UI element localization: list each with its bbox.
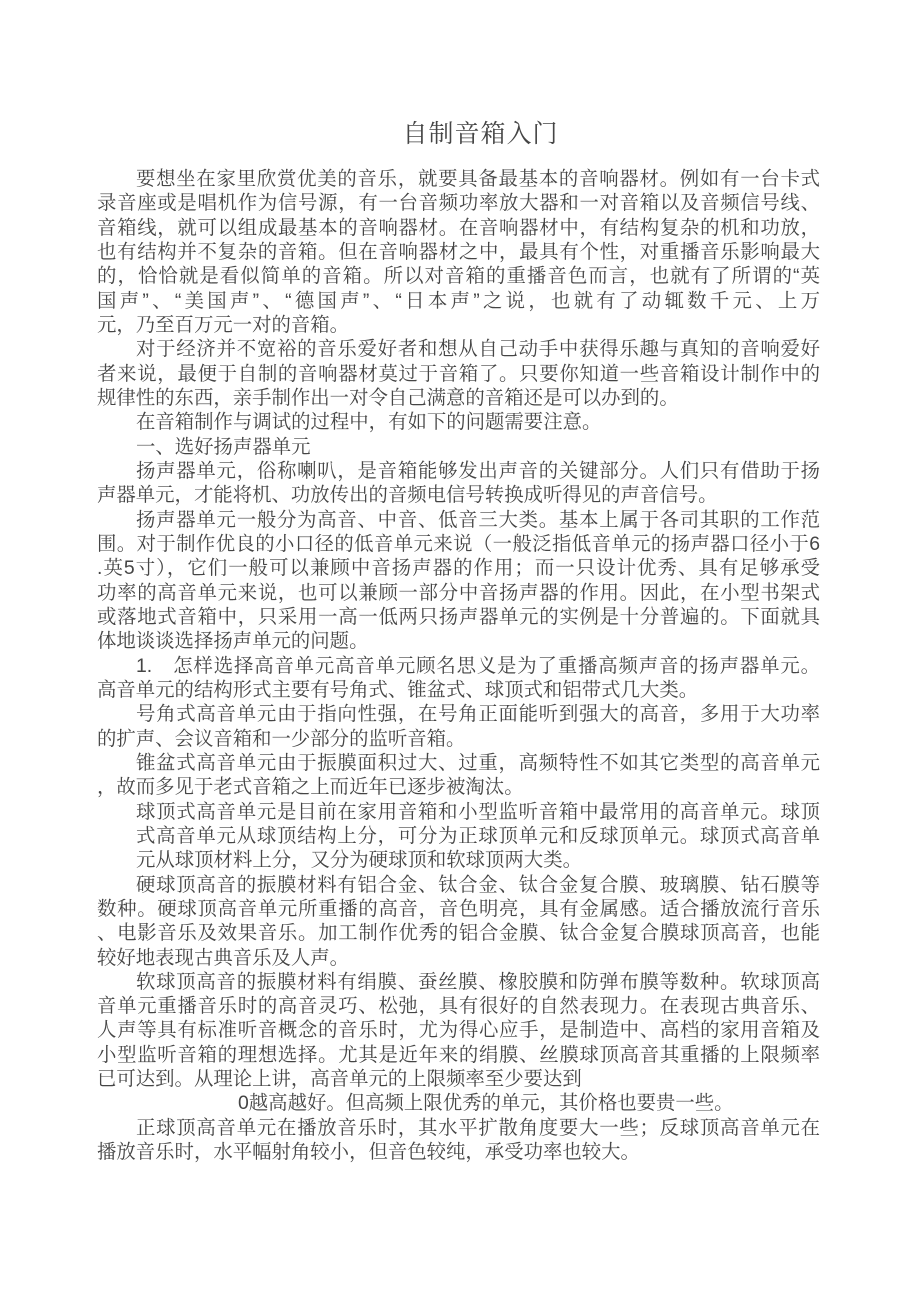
paragraph: 号角式高音单元由于指向性强，在号角正面能听到强大的高音，多用于大功率的扩声、会议…	[97, 702, 820, 751]
paragraph: 0越高越好。但高频上限优秀的单元，其价格也要贵一些。	[97, 1091, 820, 1115]
text-line: 人声等具有标准听音概念的音乐时，尤为得心应手，是制造中、高档的家用音箱及	[97, 1018, 820, 1042]
paragraph: 扬声器单元一般分为高音、中音、低音三大类。基本上属于各司其职的工作范围。对于制作…	[97, 508, 820, 654]
text-line: 录音座或是唱机作为信号源，有一台音频功率放大器和一对音箱以及音频信号线、	[97, 191, 820, 215]
text-line: 体地谈谈选择扬声单元的问题。	[97, 629, 820, 653]
text-line: 的，恰恰就是看似简单的音箱。所以对音箱的重播音色而言，也就有了所谓的“英	[97, 264, 820, 288]
document-body: 要想坐在家里欣赏优美的音乐，就要具备最基本的音响器材。例如有一台卡式录音座或是唱…	[97, 167, 820, 1164]
text-line: 数种。硬球顶高音单元所重播的高音，音色明亮，具有金属感。适合播放流行音乐	[97, 897, 820, 921]
text-line: 在音箱制作与调试的过程中，有如下的问题需要注意。	[97, 410, 820, 434]
text-line: 已可达到。从理论上讲，高音单元的上限频率至少要达到	[97, 1067, 820, 1091]
text-line: 功率的高音单元来说，也可以兼顾一部分中音扬声器的作用。因此，在小型书架式	[97, 581, 820, 605]
paragraph: 锥盆式高音单元由于振膜面积过大、过重，高频特性不如其它类型的高音单元，故而多见于…	[97, 751, 820, 800]
text-line: 扬声器单元，俗称喇叭，是音箱能够发出声音的关键部分。人们只有借助于扬	[97, 459, 820, 483]
text-line: 球顶式高音单元是目前在家用音箱和小型监听音箱中最常用的高音单元。球顶	[97, 800, 820, 824]
text-line: 高音单元的结构形式主要有号角式、锥盆式、球顶式和铝带式几大类。	[97, 678, 820, 702]
paragraph: 软球顶高音的振膜材料有绢膜、蚕丝膜、橡胶膜和防弹布膜等数种。软球顶高音单元重播音…	[97, 970, 820, 1092]
text-line: 播放音乐时，水平幅射角较小，但音色较纯，承受功率也较大。	[97, 1140, 820, 1164]
text-line: 也有结构并不复杂的音箱。但在音响器材之中，最具有个性，对重播音乐影响最大	[97, 240, 820, 264]
text-line: 国声”、“美国声”、“德国声”、“日本声”之说，也就有了动辄数千元、上万	[97, 289, 820, 313]
paragraph: 在音箱制作与调试的过程中，有如下的问题需要注意。	[97, 410, 820, 434]
text-line: 锥盆式高音单元由于振膜面积过大、过重，高频特性不如其它类型的高音单元	[97, 751, 820, 775]
text-line: 正球顶高音单元在播放音乐时，其水平扩散角度要大一些；反球顶高音单元在	[97, 1116, 820, 1140]
text-line: 音箱线，就可以组成最基本的音响器材。在音响器材中，有结构复杂的机和功放，	[97, 216, 820, 240]
text-line: 扬声器单元一般分为高音、中音、低音三大类。基本上属于各司其职的工作范	[97, 508, 820, 532]
text-line: 规律性的东西，亲手制作出一对令自己满意的音箱还是可以办到的。	[97, 386, 820, 410]
text-line: 者来说，最便于自制的音响器材莫过于音箱了。只要你知道一些音箱设计制作中的	[97, 362, 820, 386]
text-line: ，故而多见于老式音箱之上而近年已逐步被淘汰。	[97, 775, 820, 799]
text-line: 硬球顶高音的振膜材料有铝合金、钛合金、钛合金复合膜、玻璃膜、钻石膜等	[97, 873, 820, 897]
text-line: 1. 怎样选择高音单元高音单元顾名思义是为了重播高频声音的扬声器单元。	[97, 654, 820, 678]
document-page: 自制音箱入门 要想坐在家里欣赏优美的音乐，就要具备最基本的音响器材。例如有一台卡…	[0, 0, 920, 1302]
text-line: 元，乃至百万元一对的音箱。	[97, 313, 820, 337]
text-line: 、电影音乐及效果音乐。加工制作优秀的铝合金膜、钛合金复合膜球顶高音，也能	[97, 921, 820, 945]
text-line: 围。对于制作优良的小口径的低音单元来说（一般泛指低音单元的扬声器口径小于6	[97, 532, 820, 556]
text-line: 要想坐在家里欣赏优美的音乐，就要具备最基本的音响器材。例如有一台卡式	[97, 167, 820, 191]
text-line: 软球顶高音的振膜材料有绢膜、蚕丝膜、橡胶膜和防弹布膜等数种。软球顶高	[97, 970, 820, 994]
paragraph: 要想坐在家里欣赏优美的音乐，就要具备最基本的音响器材。例如有一台卡式录音座或是唱…	[97, 167, 820, 337]
text-line: 对于经济并不宽裕的音乐爱好者和想从自己动手中获得乐趣与真知的音响爱好	[97, 337, 820, 361]
text-line: 元从球顶材料上分，又分为硬球顶和软球顶两大类。	[97, 848, 820, 872]
text-line: 式高音单元从球顶结构上分，可分为正球顶单元和反球顶单元。球顶式高音单	[97, 824, 820, 848]
text-line: 号角式高音单元由于指向性强，在号角正面能听到强大的高音，多用于大功率	[97, 702, 820, 726]
paragraph: 扬声器单元，俗称喇叭，是音箱能够发出声音的关键部分。人们只有借助于扬声器单元，才…	[97, 459, 820, 508]
text-line: 一、选好扬声器单元	[97, 435, 820, 459]
text-line: 声器单元，才能将机、功放传出的音频电信号转换成听得见的声音信号。	[97, 483, 820, 507]
text-line: 较好地表现古典音乐及人声。	[97, 946, 820, 970]
paragraph: 球顶式高音单元是目前在家用音箱和小型监听音箱中最常用的高音单元。球顶式高音单元从…	[97, 800, 820, 873]
paragraph: 硬球顶高音的振膜材料有铝合金、钛合金、钛合金复合膜、玻璃膜、钻石膜等数种。硬球顶…	[97, 873, 820, 970]
text-line: 或落地式音箱中，只采用一高一低两只扬声器单元的实例是十分普遍的。下面就具	[97, 605, 820, 629]
text-line: 的扩声、会议音箱和一少部分的监听音箱。	[97, 727, 820, 751]
text-line: 小型监听音箱的理想选择。尤其是近年来的绢膜、丝膜球顶高音其重播的上限频率	[97, 1043, 820, 1067]
text-line: .英5寸），它们一般可以兼顾中音扬声器的作用；而一只设计优秀、具有足够承受	[97, 556, 820, 580]
text-line: 0越高越好。但高频上限优秀的单元，其价格也要贵一些。	[97, 1091, 820, 1115]
document-title: 自制音箱入门	[97, 116, 820, 152]
text-line: 音单元重播音乐时的高音灵巧、松弛，具有很好的自然表现力。在表现古典音乐、	[97, 994, 820, 1018]
document-title-text: 自制音箱入门	[402, 116, 558, 152]
paragraph: 1. 怎样选择高音单元高音单元顾名思义是为了重播高频声音的扬声器单元。高音单元的…	[97, 654, 820, 703]
paragraph: 对于经济并不宽裕的音乐爱好者和想从自己动手中获得乐趣与真知的音响爱好者来说，最便…	[97, 337, 820, 410]
paragraph: 一、选好扬声器单元	[97, 435, 820, 459]
paragraph: 正球顶高音单元在播放音乐时，其水平扩散角度要大一些；反球顶高音单元在播放音乐时，…	[97, 1116, 820, 1165]
